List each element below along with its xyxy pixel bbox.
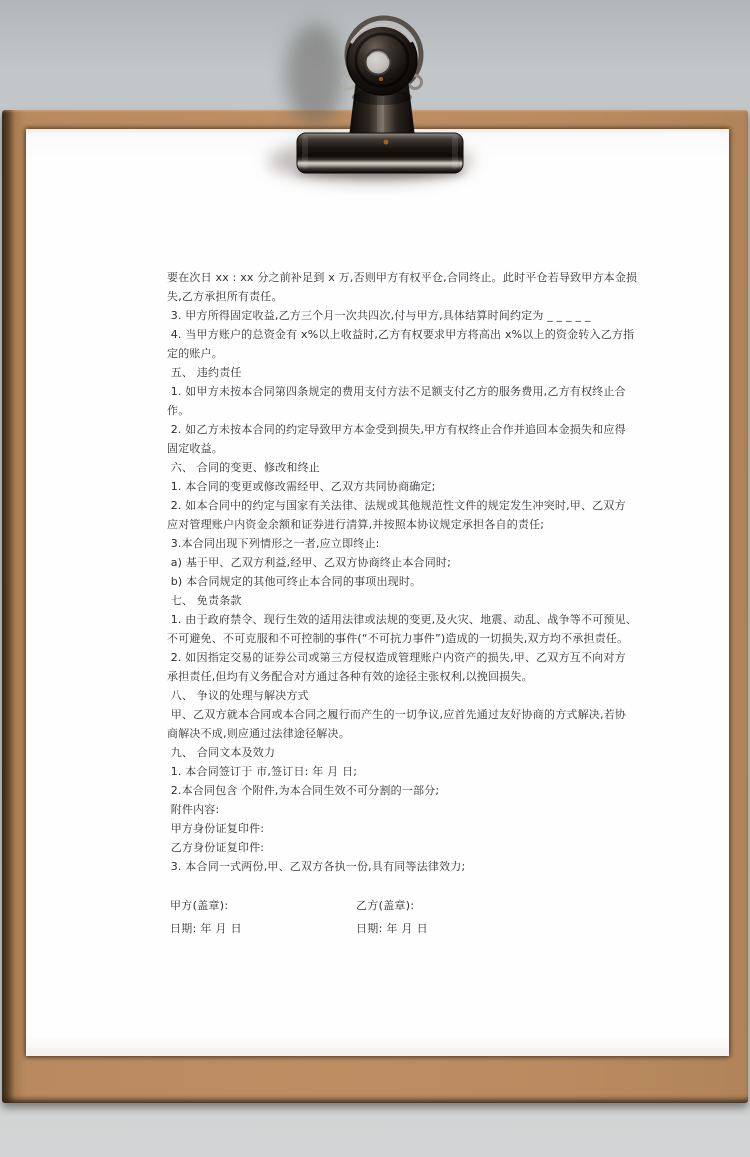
document-line: 要在次日 xx : xx 分之前补足到 x 万,否则甲方有权平仓,合同终止。此时… — [167, 268, 637, 287]
contract-paper: 要在次日 xx : xx 分之前补足到 x 万,否则甲方有权平仓,合同终止。此时… — [26, 129, 729, 1056]
document-line: 1. 本合同签订于 市,签订日: 年 月 日; — [167, 762, 637, 781]
document-line: 五、 违约责任 — [167, 363, 637, 382]
document-line: 1. 如甲方未按本合同第四条规定的费用支付方法不足额支付乙方的服务费用,乙方有权… — [167, 382, 637, 401]
document-line: 1. 本合同的变更或修改需经甲、乙双方共同协商确定; — [167, 477, 637, 496]
document-line: b) 本合同规定的其他可终止本合同的事项出现时。 — [167, 572, 637, 591]
party-a-signature: 甲方(盖章): 日期: 年 月 日 — [170, 894, 370, 940]
photo-scene: 要在次日 xx : xx 分之前补足到 x 万,否则甲方有权平仓,合同终止。此时… — [0, 0, 750, 1157]
document-line: 九、 合同文本及效力 — [167, 743, 637, 762]
contract-text: 要在次日 xx : xx 分之前补足到 x 万,否则甲方有权平仓,合同终止。此时… — [167, 268, 637, 876]
party-b-signature: 乙方(盖章): 日期: 年 月 日 — [356, 894, 556, 940]
document-line: 失,乙方承担所有责任。 — [167, 287, 637, 306]
document-line: 1. 由于政府禁令、现行生效的适用法律或法规的变更,及火灾、地震、动乱、战争等不… — [167, 610, 637, 629]
document-line: 六、 合同的变更、修改和终止 — [167, 458, 637, 477]
document-line: 3. 甲方所得固定收益,乙方三个月一次共四次,付与甲方,具体结算时间约定为 _ … — [167, 306, 637, 325]
document-line: 3.本合同出现下列情形之一者,应立即终止: — [167, 534, 637, 553]
document-line: a) 基于甲、乙双方利益,经甲、乙双方协商终止本合同时; — [167, 553, 637, 572]
document-line: 附件内容: — [167, 800, 637, 819]
party-b-date-label: 日期: 年 月 日 — [356, 917, 556, 940]
document-line: 2. 如本合同中的约定与国家有关法律、法规或其他规范性文件的规定发生冲突时,甲、… — [167, 496, 637, 515]
document-line: 2.本合同包含 个附件,为本合同生效不可分割的一部分; — [167, 781, 637, 800]
document-line: 2. 如乙方未按本合同的约定导致甲方本金受到损失,甲方有权终止合作并追回本金损失… — [167, 420, 637, 439]
party-a-date-label: 日期: 年 月 日 — [170, 917, 370, 940]
document-line: 承担责任,但均有义务配合对方通过各种有效的途径主张权利,以挽回损失。 — [167, 667, 637, 686]
document-line: 商解决不成,则应通过法律途径解决。 — [167, 724, 637, 743]
document-line: 3. 本合同一式两份,甲、乙双方各执一份,具有同等法律效力; — [167, 857, 637, 876]
document-line: 甲方身份证复印件: — [167, 819, 637, 838]
party-b-seal-label: 乙方(盖章): — [356, 894, 556, 917]
document-line: 4. 当甲方账户的总资金有 x%以上收益时,乙方有权要求甲方将高出 x%以上的资… — [167, 325, 637, 344]
document-line: 不可避免、不可克服和不可控制的事件(“不可抗力事件”)造成的一切损失,双方均不承… — [167, 629, 637, 648]
document-line: 乙方身份证复印件: — [167, 838, 637, 857]
party-a-seal-label: 甲方(盖章): — [170, 894, 370, 917]
document-line: 作。 — [167, 401, 637, 420]
document-line: 定的账户。 — [167, 344, 637, 363]
document-line: 固定收益。 — [167, 439, 637, 458]
document-line: 八、 争议的处理与解决方式 — [167, 686, 637, 705]
document-line: 2. 如因指定交易的证券公司或第三方侵权造成管理账户内资产的损失,甲、乙双方互不… — [167, 648, 637, 667]
document-line: 甲、乙双方就本合同或本合同之履行而产生的一切争议,应首先通过友好协商的方式解决,… — [167, 705, 637, 724]
document-line: 应对管理账户内资金余额和证券进行清算,并按照本协议规定承担各自的责任; — [167, 515, 637, 534]
signature-block: 甲方(盖章): 日期: 年 月 日 乙方(盖章): 日期: 年 月 日 — [170, 894, 590, 954]
binder-clip-icon — [265, 15, 485, 185]
document-line: 七、 免责条款 — [167, 591, 637, 610]
